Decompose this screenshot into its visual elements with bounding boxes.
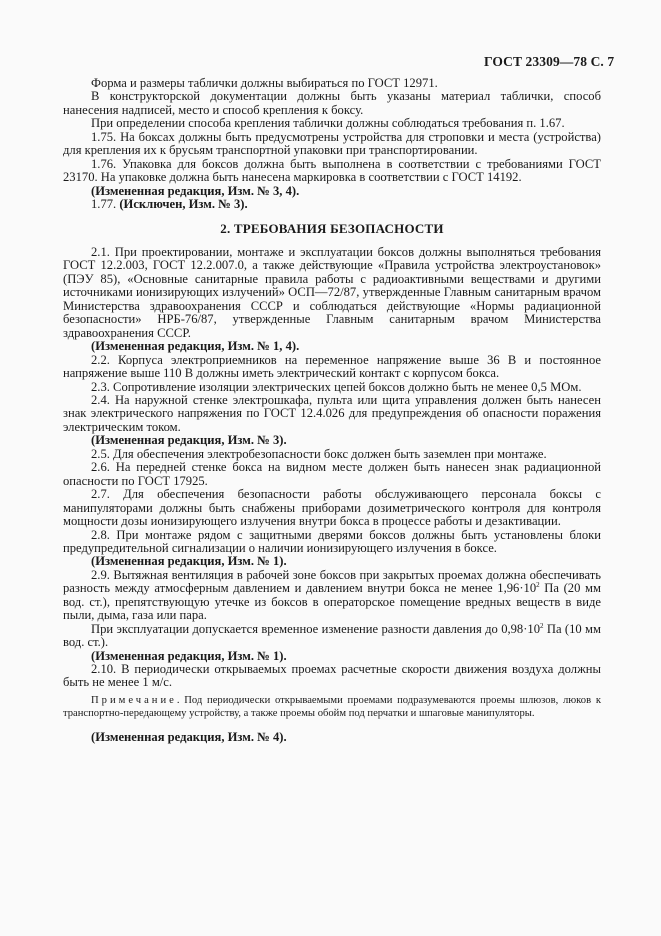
paragraph-2-8: 2.8. При монтаже рядом с защитными дверя… bbox=[63, 529, 601, 556]
amendment-note: (Исключен, Изм. № 3). bbox=[119, 197, 247, 211]
amendment-note: (Измененная редакция, Изм. № 3, 4). bbox=[63, 185, 601, 198]
note: Примечание. Под периодически открываемым… bbox=[63, 694, 601, 720]
paragraph-2-3: 2.3. Сопротивление изоляции электрически… bbox=[63, 381, 601, 394]
paragraph-1-77: 1.77. (Исключен, Изм. № 3). bbox=[63, 198, 601, 211]
paragraph: При определении способа крепления таблич… bbox=[63, 117, 601, 130]
paragraph-1-75: 1.75. На боксах должны быть предусмотрен… bbox=[63, 131, 601, 158]
clause-number: 1.77. bbox=[91, 197, 116, 211]
paragraph-2-5: 2.5. Для обеспечения электробезопасности… bbox=[63, 448, 601, 461]
paragraph-2-9: 2.9. Вытяжная вентиляция в рабочей зоне … bbox=[63, 569, 601, 623]
amendment-note: (Измененная редакция, Изм. № 4). bbox=[63, 731, 601, 744]
amendment-note: (Измененная редакция, Изм. № 1). bbox=[63, 650, 601, 663]
paragraph: Форма и размеры таблички должны выбирать… bbox=[63, 77, 601, 90]
text: При эксплуатации допускается временное и… bbox=[91, 622, 540, 636]
amendment-note: (Измененная редакция, Изм. № 1). bbox=[63, 555, 601, 568]
paragraph-2-9-operation: При эксплуатации допускается временное и… bbox=[63, 623, 601, 650]
paragraph: В конструкторской документации должны бы… bbox=[63, 90, 601, 117]
paragraph-2-4: 2.4. На наружной стенке электрошкафа, пу… bbox=[63, 394, 601, 434]
section-title: 2. ТРЕБОВАНИЯ БЕЗОПАСНОСТИ bbox=[63, 222, 601, 235]
paragraph-2-2: 2.2. Корпуса электроприемников на переме… bbox=[63, 354, 601, 381]
paragraph-2-7: 2.7. Для обеспечения безопасности работы… bbox=[63, 488, 601, 528]
paragraph-1-76: 1.76. Упаковка для боксов должна быть вы… bbox=[63, 158, 601, 185]
paragraph-2-10: 2.10. В периодически открываемых проемах… bbox=[63, 663, 601, 690]
text: 2.9. Вытяжная вентиляция в рабочей зоне … bbox=[63, 568, 601, 595]
paragraph-2-1: 2.1. При проектировании, монтаже и экспл… bbox=[63, 246, 601, 340]
paragraph-2-6: 2.6. На передней стенке бокса на видном … bbox=[63, 461, 601, 488]
document-body: Форма и размеры таблички должны выбирать… bbox=[63, 77, 601, 744]
note-label: Примечание bbox=[91, 695, 177, 706]
amendment-note: (Измененная редакция, Изм. № 1, 4). bbox=[63, 340, 601, 353]
running-header: ГОСТ 23309—78 С. 7 bbox=[484, 54, 614, 70]
amendment-note: (Измененная редакция, Изм. № 3). bbox=[63, 434, 601, 447]
